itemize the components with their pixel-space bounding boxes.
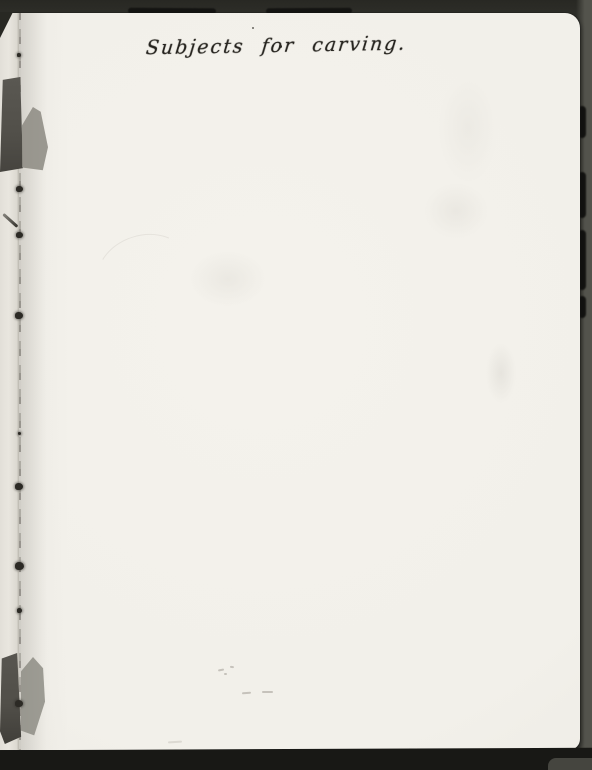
- offset-trace-mark: [218, 668, 224, 671]
- sketchbook-page: Subjects for carving.: [0, 13, 580, 750]
- paper-smudge: [424, 183, 488, 239]
- binding-stitch-knot: [16, 186, 23, 192]
- paper-smudge: [87, 222, 201, 323]
- offset-trace-mark: [242, 692, 251, 694]
- offset-trace-mark: [230, 666, 234, 668]
- ink-speck: [252, 27, 254, 29]
- binding-stitch-knot: [18, 432, 21, 435]
- paper-smudge: [438, 73, 498, 183]
- binding-tape-fragment-top-dark: [0, 77, 23, 174]
- paper-smudge: [486, 343, 516, 403]
- binding-stitch-knot: [15, 700, 23, 707]
- paper-smudge: [190, 251, 266, 307]
- backdrop-bottom-right-corner: [548, 758, 592, 770]
- binding-stitch-knot: [17, 608, 22, 613]
- binding-stitch-knot: [16, 232, 23, 238]
- binding-stitch-knot: [15, 562, 24, 570]
- binding-stitch-knot: [17, 53, 21, 57]
- backdrop-bottom-shadow: [0, 748, 592, 770]
- offset-trace-mark: [168, 741, 182, 744]
- ink-speck: [279, 45, 282, 48]
- offset-trace-mark: [224, 673, 227, 675]
- sketchbook-scan: Subjects for carving.: [0, 0, 592, 770]
- offset-trace-mark: [262, 691, 273, 693]
- binding-stitch-knot: [15, 483, 23, 490]
- binding-stitch-knot: [15, 312, 23, 319]
